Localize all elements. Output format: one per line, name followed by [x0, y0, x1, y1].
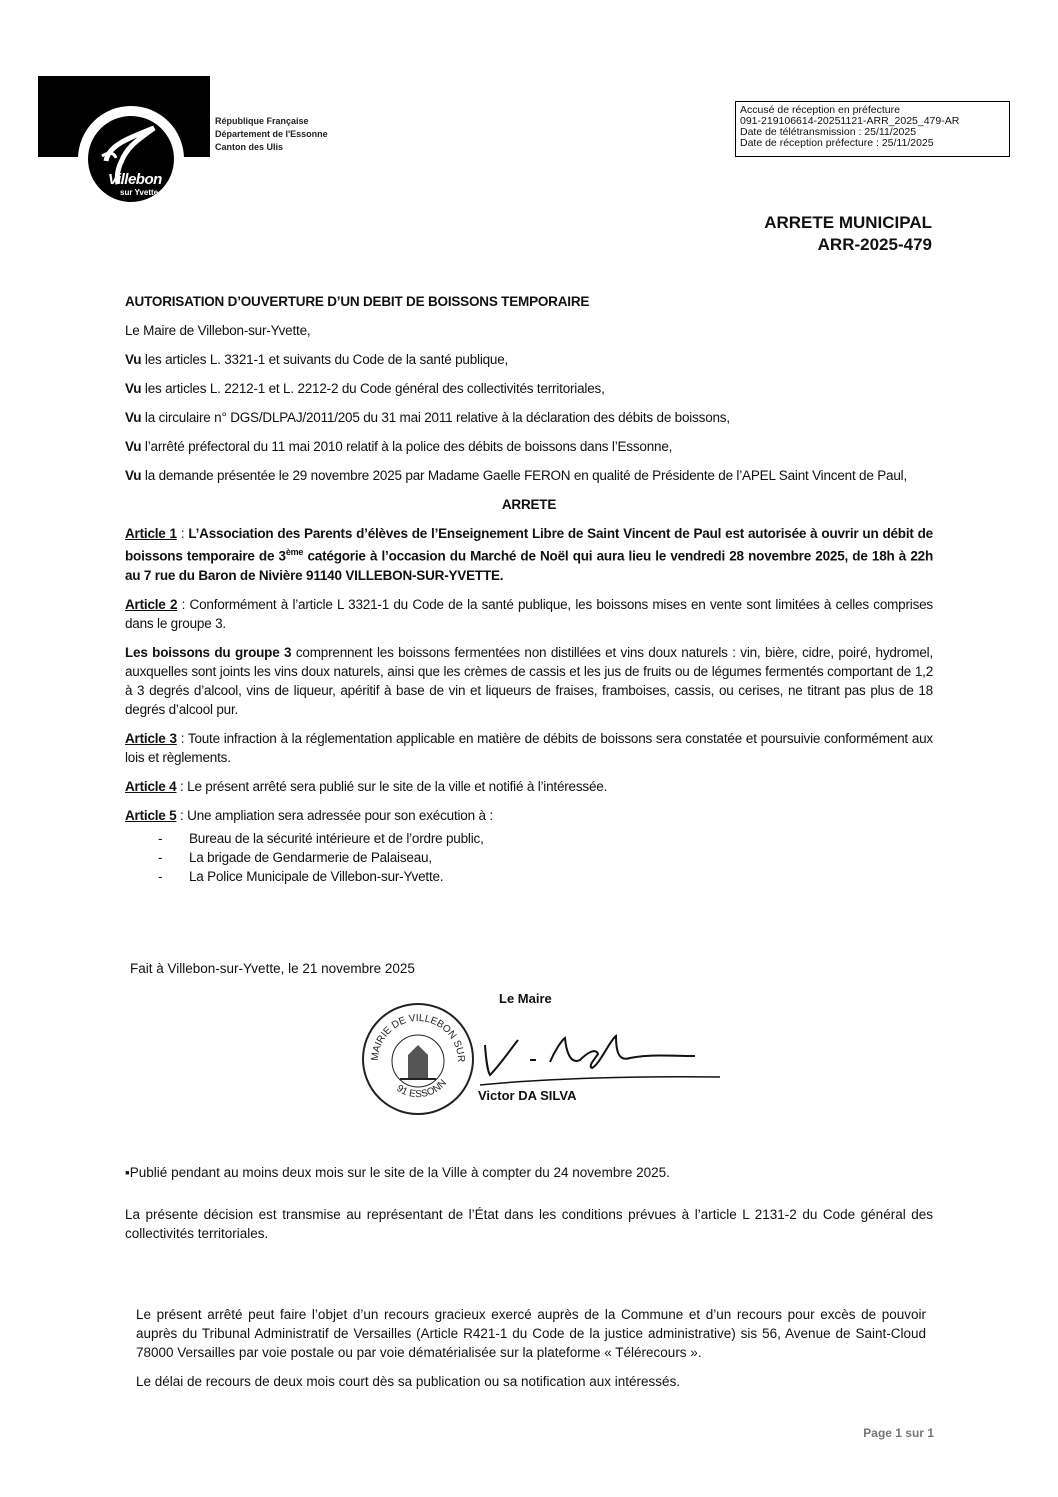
- visa: Vu la circulaire n° DGS/DLPAJ/2011/205 d…: [125, 408, 933, 427]
- intro: Le Maire de Villebon-sur-Yvette,: [125, 321, 933, 340]
- place-date: Fait à Villebon-sur-Yvette, le 21 novemb…: [130, 961, 415, 976]
- list-item: La Police Municipale de Villebon-sur-Yve…: [125, 867, 933, 886]
- seal-icon: MAIRIE DE VILLEBON SUR YVETTE 91 ESSONNE: [364, 1005, 472, 1113]
- groupe-3-definition: Les boissons du groupe 3 comprennent les…: [125, 643, 933, 719]
- vu-label: Vu: [125, 352, 141, 367]
- article-label: Article 2: [125, 597, 177, 612]
- visa: Vu les articles L. 2212-1 et L. 2212-2 d…: [125, 379, 933, 398]
- prefecture-receipt-stamp: Accusé de réception en préfecture 091-21…: [735, 101, 1010, 157]
- transmission-note: La présente décision est transmise au re…: [125, 1205, 933, 1243]
- visa-text: la demande présentée le 29 novembre 2025…: [141, 468, 907, 483]
- signer-name: Victor DA SILVA: [478, 1088, 576, 1103]
- villebon-logo: Villebon sur Yvette: [38, 76, 210, 210]
- list-item: Bureau de la sécurité intérieure et de l…: [125, 829, 933, 848]
- vu-label: Vu: [125, 410, 141, 425]
- visa-text: les articles L. 2212-1 et L. 2212-2 du C…: [141, 381, 604, 396]
- town-hall-seal: MAIRIE DE VILLEBON SUR YVETTE 91 ESSONNE: [362, 1003, 474, 1115]
- recipients-list: Bureau de la sécurité intérieure et de l…: [125, 829, 933, 886]
- arrete-heading: ARRETE: [125, 495, 933, 514]
- vu-label: Vu: [125, 468, 141, 483]
- visa-text: les articles L. 3321-1 et suivants du Co…: [141, 352, 508, 367]
- article-label: Article 5: [125, 808, 176, 823]
- document-body: AUTORISATION D’OUVERTURE D’UN DEBIT DE B…: [125, 292, 933, 886]
- logo-subtitle: sur Yvette: [120, 188, 158, 197]
- reference-number: ARR-2025-479: [764, 234, 932, 256]
- subject-heading: AUTORISATION D’OUVERTURE D’UN DEBIT DE B…: [125, 292, 933, 311]
- document-title: ARRETE MUNICIPAL ARR-2025-479: [764, 212, 932, 256]
- logo-wordmark: Villebon: [108, 171, 162, 188]
- appeal-deadline: Le délai de recours de deux mois court d…: [136, 1372, 926, 1391]
- visa-text: l’arrêté préfectoral du 11 mai 2010 rela…: [141, 439, 672, 454]
- vu-label: Vu: [125, 381, 141, 396]
- appeal-paragraph: Le présent arrêté peut faire l’objet d’u…: [136, 1305, 926, 1362]
- ack-line: Date de réception préfecture : 25/11/202…: [740, 138, 1009, 149]
- list-item: La brigade de Gendarmerie de Palaiseau,: [125, 848, 933, 867]
- visa-text: la circulaire n° DGS/DLPAJ/2011/205 du 3…: [141, 410, 730, 425]
- header-line: Département de l'Essonne: [215, 128, 328, 141]
- header-line: Canton des Ulis: [215, 141, 328, 154]
- page-number: Page 1 sur 1: [863, 1426, 934, 1440]
- article-4: Article 4 : Le présent arrêté sera publi…: [125, 777, 933, 796]
- appeal-notice: Le présent arrêté peut faire l’objet d’u…: [136, 1305, 926, 1401]
- vu-label: Vu: [125, 439, 141, 454]
- visa: Vu les articles L. 3321-1 et suivants du…: [125, 350, 933, 369]
- visa: Vu la demande présentée le 29 novembre 2…: [125, 466, 933, 485]
- article-label: Article 3: [125, 731, 177, 746]
- article-1: Article 1 : L’Association des Parents d’…: [125, 524, 933, 585]
- visa: Vu l’arrêté préfectoral du 11 mai 2010 r…: [125, 437, 933, 456]
- issuer-header: République Française Département de l'Es…: [215, 115, 328, 154]
- maire-label: Le Maire: [499, 991, 552, 1006]
- title-line: ARRETE MUNICIPAL: [764, 212, 932, 234]
- article-5: Article 5 : Une ampliation sera adressée…: [125, 806, 933, 825]
- article-2: Article 2 : Conformément à l’article L 3…: [125, 595, 933, 633]
- mayor-signature: [470, 1030, 730, 1090]
- article-label: Article 1: [125, 526, 177, 541]
- article-3: Article 3 : Toute infraction à la réglem…: [125, 729, 933, 767]
- publication-note: ▪Publié pendant au moins deux mois sur l…: [125, 1165, 670, 1180]
- header-line: République Française: [215, 115, 328, 128]
- article-label: Article 4: [125, 779, 176, 794]
